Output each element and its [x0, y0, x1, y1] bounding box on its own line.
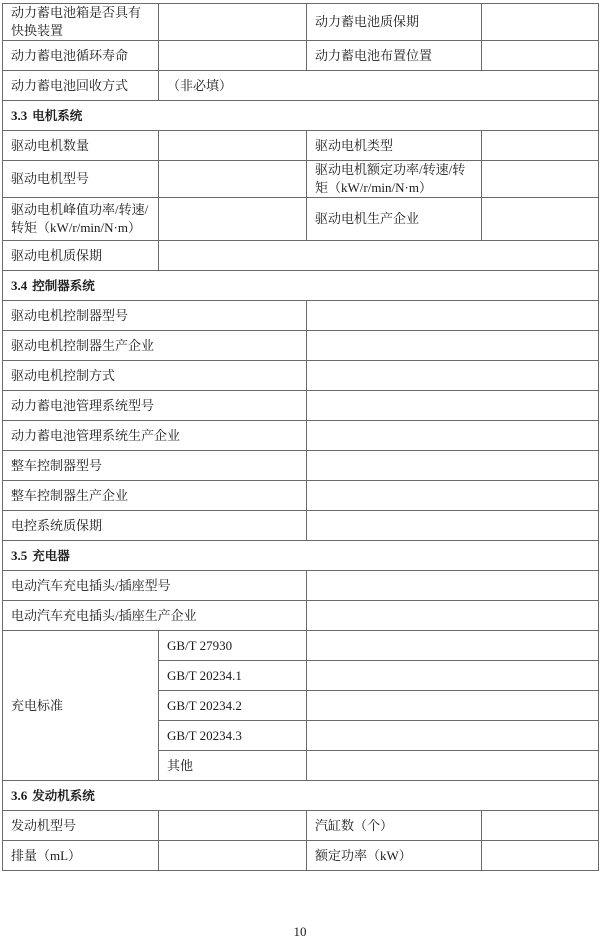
- battery-row-quick-swap: 动力蓄电池箱是否具有快换装置 动力蓄电池质保期: [3, 4, 599, 41]
- battery-row-cycle: 动力蓄电池循环寿命 动力蓄电池布置位置: [3, 41, 599, 71]
- section-number: 3.4: [11, 278, 27, 293]
- motor-model-label: 驱动电机型号: [3, 161, 159, 198]
- standard-value[interactable]: [307, 691, 599, 721]
- motor-rated-value[interactable]: [482, 161, 599, 198]
- controller-label: 整车控制器生产企业: [3, 481, 307, 511]
- placement-label: 动力蓄电池布置位置: [307, 41, 482, 71]
- section-header-charger: 3.5充电器: [3, 541, 599, 571]
- controller-label: 动力蓄电池管理系统型号: [3, 391, 307, 421]
- placement-value[interactable]: [482, 41, 599, 71]
- battery-warranty-label: 动力蓄电池质保期: [307, 4, 482, 41]
- controller-row: 动力蓄电池管理系统型号: [3, 391, 599, 421]
- controller-value[interactable]: [307, 421, 599, 451]
- section-title: 充电器: [32, 548, 70, 563]
- controller-label: 驱动电机控制方式: [3, 361, 307, 391]
- section-title: 电机系统: [32, 108, 82, 123]
- recycling-label: 动力蓄电池回收方式: [3, 71, 159, 101]
- quick-swap-value[interactable]: [159, 4, 307, 41]
- motor-row-peak: 驱动电机峰值功率/转速/转矩（kW/r/min/N·m） 驱动电机生产企业: [3, 198, 599, 241]
- section-header-engine: 3.6发动机系统: [3, 781, 599, 811]
- controller-row: 整车控制器型号: [3, 451, 599, 481]
- controller-value[interactable]: [307, 511, 599, 541]
- rated-power-value[interactable]: [482, 841, 599, 871]
- motor-type-value[interactable]: [482, 131, 599, 161]
- standard-value[interactable]: [307, 631, 599, 661]
- cycle-life-value[interactable]: [159, 41, 307, 71]
- battery-warranty-value[interactable]: [482, 4, 599, 41]
- standard-name: GB/T 27930: [159, 631, 307, 661]
- section-title: 控制器系统: [32, 278, 95, 293]
- section-title: 发动机系统: [32, 788, 95, 803]
- displacement-value[interactable]: [159, 841, 307, 871]
- engine-row-displacement: 排量（mL） 额定功率（kW）: [3, 841, 599, 871]
- controller-value[interactable]: [307, 301, 599, 331]
- controller-row: 动力蓄电池管理系统生产企业: [3, 421, 599, 451]
- optional-note: （非必填）: [167, 78, 232, 93]
- standard-value[interactable]: [307, 751, 599, 781]
- plug-model-value[interactable]: [307, 571, 599, 601]
- section-header-controller: 3.4控制器系统: [3, 271, 599, 301]
- standard-name: 其他: [159, 751, 307, 781]
- vehicle-spec-form-table: 动力蓄电池箱是否具有快换装置 动力蓄电池质保期 动力蓄电池循环寿命 动力蓄电池布…: [2, 3, 599, 871]
- quick-swap-label: 动力蓄电池箱是否具有快换装置: [3, 4, 159, 41]
- standard-value[interactable]: [307, 721, 599, 751]
- engine-model-value[interactable]: [159, 811, 307, 841]
- recycling-value[interactable]: （非必填）: [159, 71, 599, 101]
- controller-value[interactable]: [307, 331, 599, 361]
- controller-row: 驱动电机控制器型号: [3, 301, 599, 331]
- section-number: 3.5: [11, 548, 27, 563]
- controller-label: 驱动电机控制器型号: [3, 301, 307, 331]
- engine-row-model: 发动机型号 汽缸数（个）: [3, 811, 599, 841]
- motor-count-label: 驱动电机数量: [3, 131, 159, 161]
- motor-warranty-value[interactable]: [159, 241, 599, 271]
- motor-maker-label: 驱动电机生产企业: [307, 198, 482, 241]
- controller-row: 电控系统质保期: [3, 511, 599, 541]
- motor-type-label: 驱动电机类型: [307, 131, 482, 161]
- section-number: 3.3: [11, 108, 27, 123]
- standard-value[interactable]: [307, 661, 599, 691]
- controller-label: 整车控制器型号: [3, 451, 307, 481]
- controller-label: 驱动电机控制器生产企业: [3, 331, 307, 361]
- plug-maker-value[interactable]: [307, 601, 599, 631]
- controller-row: 驱动电机控制方式: [3, 361, 599, 391]
- controller-row: 整车控制器生产企业: [3, 481, 599, 511]
- plug-maker-label: 电动汽车充电插头/插座生产企业: [3, 601, 307, 631]
- cylinders-label: 汽缸数（个）: [307, 811, 482, 841]
- motor-row-warranty: 驱动电机质保期: [3, 241, 599, 271]
- cylinders-value[interactable]: [482, 811, 599, 841]
- motor-rated-label: 驱动电机额定功率/转速/转矩（kW/r/min/N·m）: [307, 161, 482, 198]
- motor-count-value[interactable]: [159, 131, 307, 161]
- section-header-motor: 3.3电机系统: [3, 101, 599, 131]
- standard-name: GB/T 20234.3: [159, 721, 307, 751]
- controller-value[interactable]: [307, 361, 599, 391]
- charger-row-plug-maker: 电动汽车充电插头/插座生产企业: [3, 601, 599, 631]
- motor-maker-value[interactable]: [482, 198, 599, 241]
- battery-row-recycling: 动力蓄电池回收方式 （非必填）: [3, 71, 599, 101]
- displacement-label: 排量（mL）: [3, 841, 159, 871]
- cycle-life-label: 动力蓄电池循环寿命: [3, 41, 159, 71]
- charger-standard-row: 充电标准 GB/T 27930: [3, 631, 599, 661]
- motor-row-count: 驱动电机数量 驱动电机类型: [3, 131, 599, 161]
- controller-value[interactable]: [307, 451, 599, 481]
- motor-warranty-label: 驱动电机质保期: [3, 241, 159, 271]
- motor-peak-value[interactable]: [159, 198, 307, 241]
- motor-model-value[interactable]: [159, 161, 307, 198]
- controller-label: 动力蓄电池管理系统生产企业: [3, 421, 307, 451]
- controller-value[interactable]: [307, 391, 599, 421]
- engine-model-label: 发动机型号: [3, 811, 159, 841]
- charging-standard-label: 充电标准: [3, 631, 159, 781]
- standard-name: GB/T 20234.1: [159, 661, 307, 691]
- plug-model-label: 电动汽车充电插头/插座型号: [3, 571, 307, 601]
- motor-row-model: 驱动电机型号 驱动电机额定功率/转速/转矩（kW/r/min/N·m）: [3, 161, 599, 198]
- rated-power-label: 额定功率（kW）: [307, 841, 482, 871]
- controller-row: 驱动电机控制器生产企业: [3, 331, 599, 361]
- motor-peak-label: 驱动电机峰值功率/转速/转矩（kW/r/min/N·m）: [3, 198, 159, 241]
- page-number: 10: [0, 924, 600, 940]
- controller-label: 电控系统质保期: [3, 511, 307, 541]
- controller-value[interactable]: [307, 481, 599, 511]
- section-number: 3.6: [11, 788, 27, 803]
- standard-name: GB/T 20234.2: [159, 691, 307, 721]
- charger-row-plug-model: 电动汽车充电插头/插座型号: [3, 571, 599, 601]
